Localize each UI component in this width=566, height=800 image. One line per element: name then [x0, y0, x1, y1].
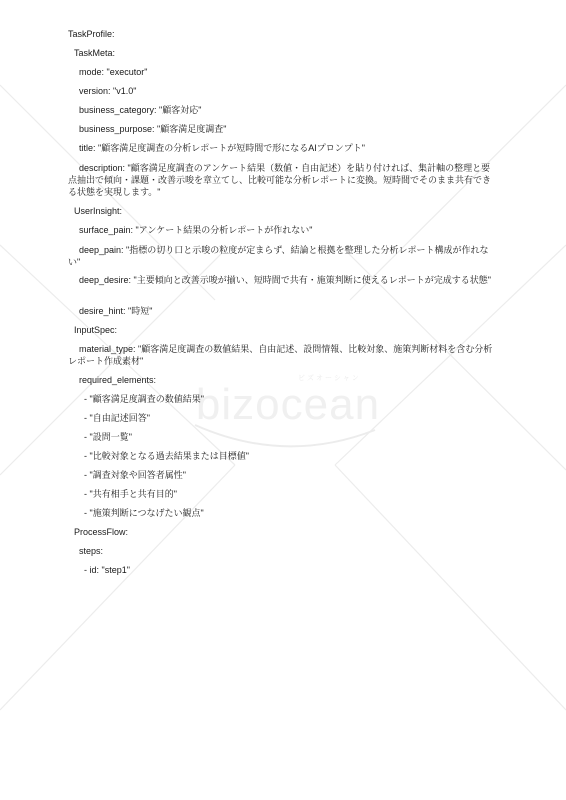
required-element-item: - "比較対象となる過去結果または目標値" — [68, 450, 249, 462]
required-element-item: - "顧客満足度調査の数値結果" — [68, 393, 204, 405]
step-id-field: - id: "step1" — [68, 564, 130, 576]
input-spec-heading: InputSpec: — [68, 324, 117, 336]
process-flow-heading: ProcessFlow: — [68, 526, 128, 538]
required-element-item: - "調査対象や回答者属性" — [68, 469, 186, 481]
version-field: version: "v1.0" — [68, 85, 136, 97]
desire-hint-field: desire_hint: "時短" — [68, 305, 152, 317]
deep-pain-field: deep_pain: "指標の切り口と示唆の粒度が定まらず、結論と根拠を整理した… — [68, 244, 498, 268]
watermark-brand: bizocean — [193, 380, 383, 430]
watermark-logo: ビズオーシャン bizocean — [193, 372, 383, 442]
document-page: ビズオーシャン bizocean TaskProfile: TaskMeta: … — [0, 0, 566, 800]
business-category-field: business_category: "顧客対応" — [68, 104, 201, 116]
required-element-item: - "施策判断につなげたい観点" — [68, 507, 204, 519]
surface-pain-field: surface_pain: "アンケート結果の分析レポートが作れない" — [68, 224, 312, 236]
material-type-field: material_type: "顧客満足度調査の数値結果、自由記述、設問情報、比… — [68, 343, 498, 367]
watermark-kana: ビズオーシャン — [298, 373, 361, 383]
required-element-item: - "共有相手と共有目的" — [68, 488, 177, 500]
description-field: description: "顧客満足度調査のアンケート結果（数値・自由記述）を貼… — [68, 162, 498, 198]
user-insight-heading: UserInsight: — [68, 205, 122, 217]
mode-field: mode: "executor" — [68, 66, 147, 78]
business-purpose-field: business_purpose: "顧客満足度調査" — [68, 123, 226, 135]
required-elements-heading: required_elements: — [68, 374, 156, 386]
required-element-item: - "設問一覧" — [68, 431, 132, 443]
title-field: title: "顧客満足度調査の分析レポートが短時間で形になるAIプロンプト" — [68, 142, 365, 154]
deep-desire-field: deep_desire: "主要傾向と改善示唆が揃い、短時間で共有・施策判断に使… — [68, 274, 498, 286]
root-key: TaskProfile: — [68, 28, 115, 40]
steps-heading: steps: — [68, 545, 103, 557]
required-element-item: - "自由記述回答" — [68, 412, 150, 424]
task-meta-heading: TaskMeta: — [68, 47, 115, 59]
